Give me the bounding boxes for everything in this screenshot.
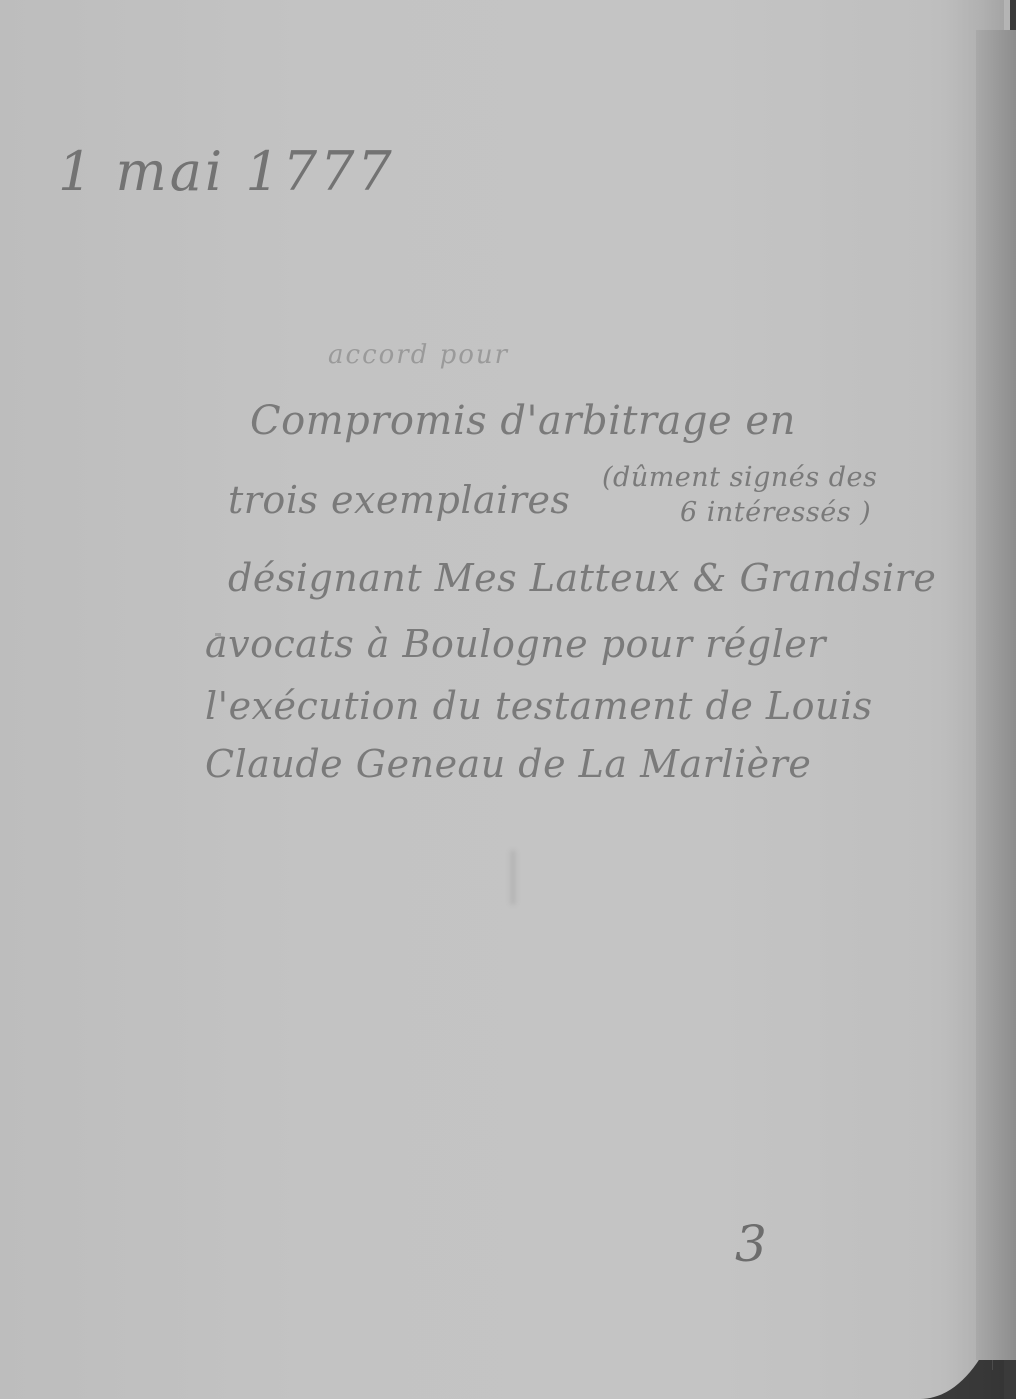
paper-smudge — [510, 850, 516, 905]
document-date: 1 mai 1777 — [58, 140, 395, 203]
document-page: 1 mai 1777 accord pour Compromis d'arbit… — [0, 0, 1010, 1399]
folio-number: 3 — [735, 1215, 767, 1273]
annotation-note: accord pour — [328, 340, 509, 370]
body-line-1: Compromis d'arbitrage en — [250, 398, 796, 444]
underlying-page-edge — [976, 30, 1016, 1360]
body-line-6: Claude Geneau de La Marlière — [205, 742, 811, 786]
body-line-5: l'exécution du testament de Louis — [205, 684, 873, 728]
body-line-4: avocats à Boulogne pour régler — [205, 622, 826, 666]
body-line-3: désignant Mes Latteux & Grandsire — [228, 556, 936, 600]
body-line-2: trois exemplaires — [228, 478, 570, 522]
parenthetical-line-1: (dûment signés des — [602, 462, 877, 493]
pencil-mark — [215, 633, 221, 636]
parenthetical-line-2: 6 intéressés ) — [680, 497, 871, 528]
